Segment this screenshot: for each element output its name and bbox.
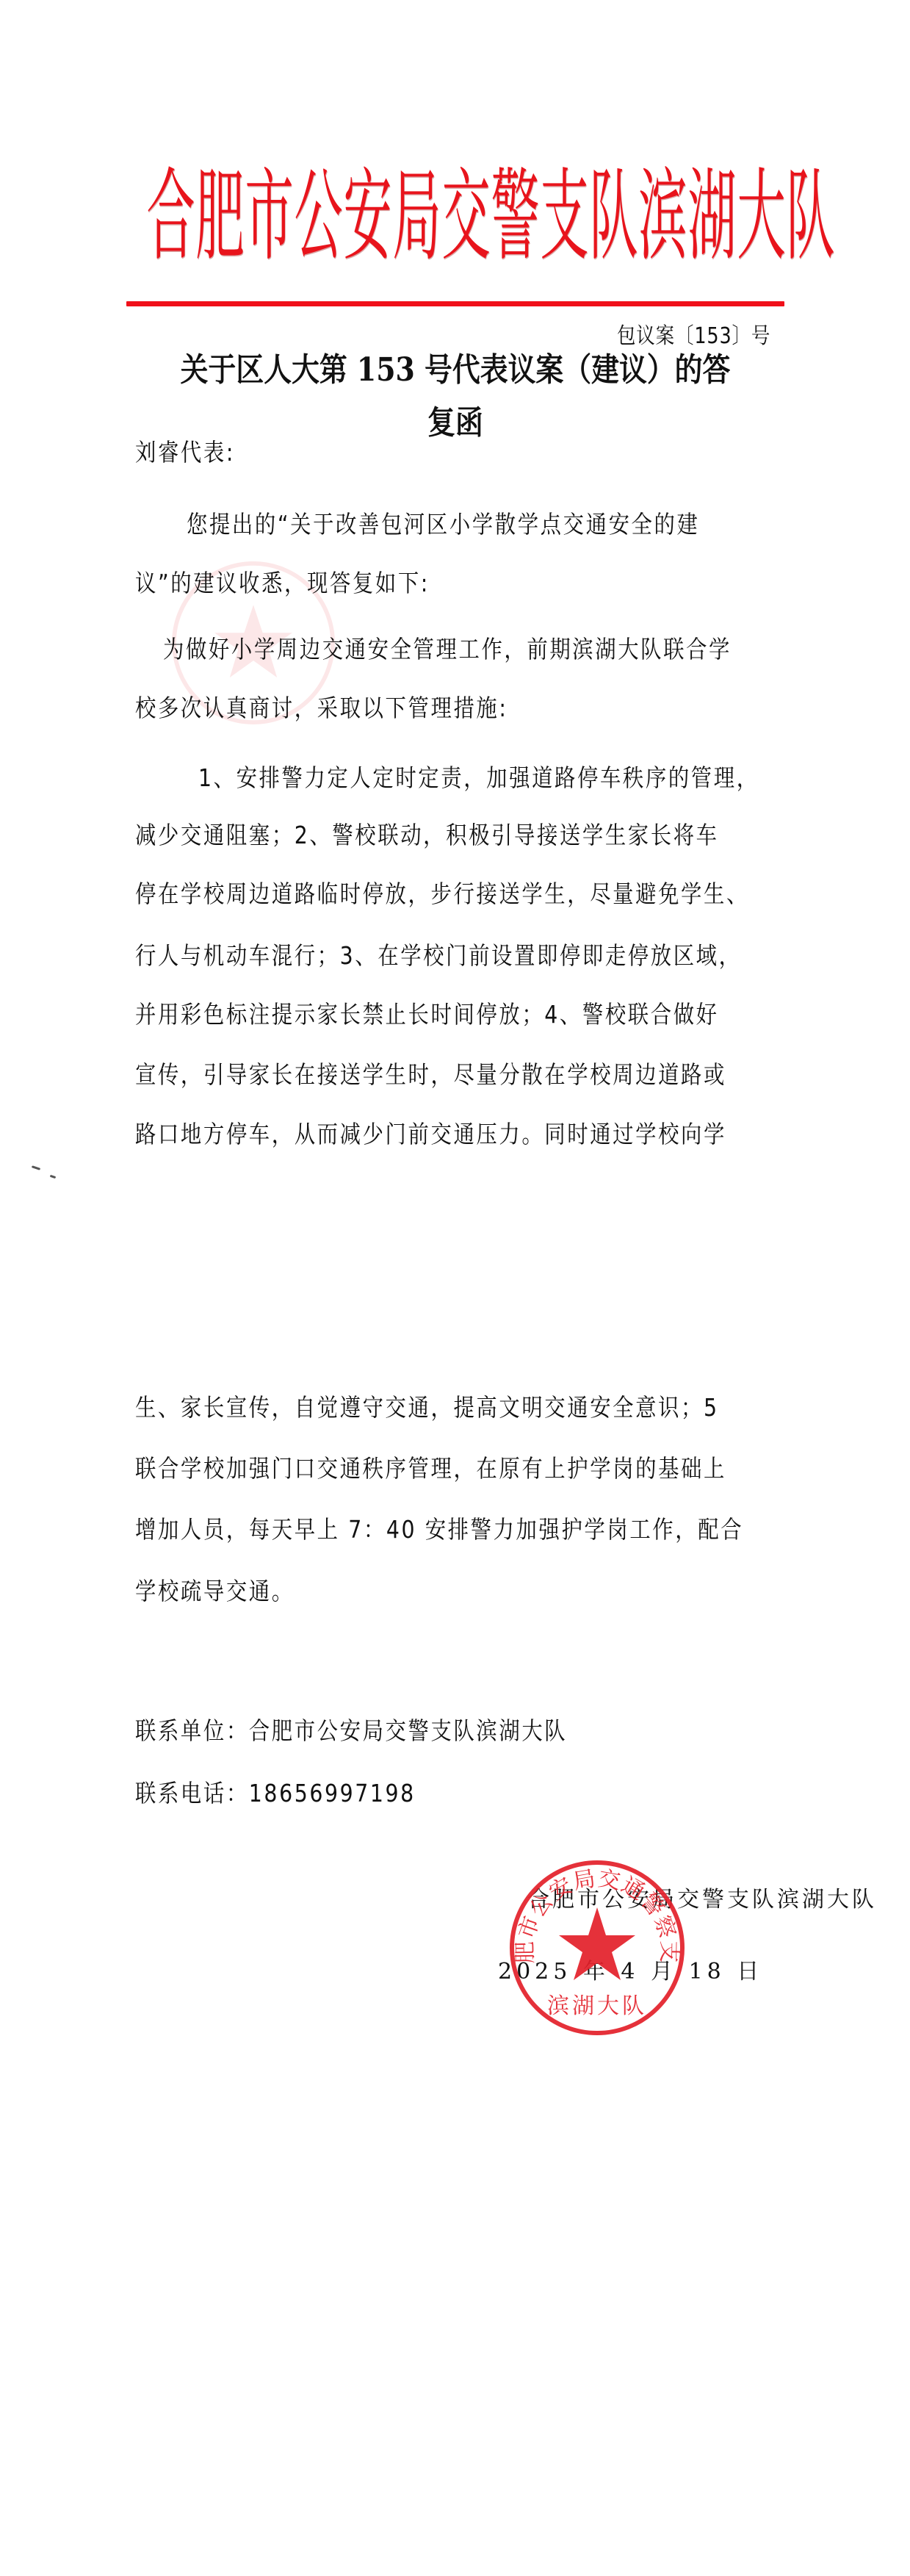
letterhead-char: 湖 <box>687 137 723 295</box>
body-line: 行人与机动车混行；3、在学校门前设置即停即走停放区域， <box>135 937 742 971</box>
letterhead-char: 安 <box>343 137 378 295</box>
contact-phone: 联系电话：18656997198 <box>135 1774 416 1809</box>
letterhead-char: 交 <box>441 137 477 295</box>
letterhead-char: 合 <box>146 137 181 295</box>
letterhead-char: 队 <box>589 137 624 295</box>
body-line: 为做好小学周边交通安全管理工作，前期滨湖大队联合学 <box>163 630 732 665</box>
body-line: 并用彩色标注提示家长禁止长时间停放；4、警校联合做好 <box>135 996 719 1030</box>
signature-date: 2025 年 4 月 18 日 <box>498 1953 763 1985</box>
contact-unit: 联系单位：合肥市公安局交警支队滨湖大队 <box>135 1712 567 1746</box>
contact-unit-label: 联系单位： <box>135 1716 249 1745</box>
letterhead-char: 支 <box>540 137 575 295</box>
letterhead-char: 滨 <box>638 137 674 295</box>
body-line: 减少交通阻塞；2、警校联动，积极引导接送学生家长将车 <box>135 816 719 851</box>
body-line: 生、家长宣传，自觉遵守交通，提高文明交通安全意识；5 <box>135 1389 719 1423</box>
seal-bottom-text: 滨湖大队 <box>547 1993 647 2019</box>
letterhead-char: 局 <box>392 137 427 295</box>
body-line: 停在学校周边道路临时停放，步行接送学生，尽量避免学生、 <box>135 875 749 910</box>
body-line: 增加人员，每天早上 7：40 安排警力加强护学岗工作，配合 <box>135 1511 743 1545</box>
letterhead-org-name: 合 肥 市 公 安 局 交 警 支 队 滨 湖 大 队 <box>140 163 787 270</box>
body-line: 宣传，引导家长在接送学生时，尽量分散在学校周边道路或 <box>135 1056 726 1090</box>
letterhead-char: 警 <box>491 137 526 295</box>
document-title-line-1: 关于区人大第 153 号代表议案（建议）的答 <box>165 344 745 397</box>
body-line: 您提出的“关于改善包河区小学散学点交通安全的建 <box>187 506 699 540</box>
contact-phone-label: 联系电话： <box>135 1779 249 1807</box>
body-line: 议”的建议收悉，现答复如下: <box>135 564 430 599</box>
letterhead-divider <box>126 301 784 306</box>
letterhead-char: 公 <box>294 137 329 295</box>
body-line: 路口地方停车，从而减少门前交通压力。同时通过学校向学 <box>135 1115 726 1150</box>
body-line: 校多次认真商讨，采取以下管理措施: <box>135 689 508 724</box>
document-title-line-2: 复函 <box>165 397 745 450</box>
contact-unit-value: 合肥市公安局交警支队滨湖大队 <box>249 1716 567 1745</box>
contact-phone-value: 18656997198 <box>249 1779 416 1807</box>
scan-artifact <box>50 1175 57 1179</box>
letterhead-char: 队 <box>786 137 821 295</box>
letterhead-char: 肥 <box>195 137 231 295</box>
body-line: 联合学校加强门口交通秩序管理，在原有上护学岗的基础上 <box>135 1450 726 1484</box>
letterhead-char: 市 <box>245 137 280 295</box>
letterhead-char: 大 <box>737 137 772 295</box>
scan-artifact <box>32 1165 40 1170</box>
body-line: 学校疏导交通。 <box>135 1572 295 1607</box>
salutation: 刘睿代表: <box>135 433 235 468</box>
signature-org: 合肥市公安局交警支队滨湖大队 <box>527 1881 877 1913</box>
body-line: 1、安排警力定人定时定责，加强道路停车秩序的管理， <box>198 759 759 794</box>
